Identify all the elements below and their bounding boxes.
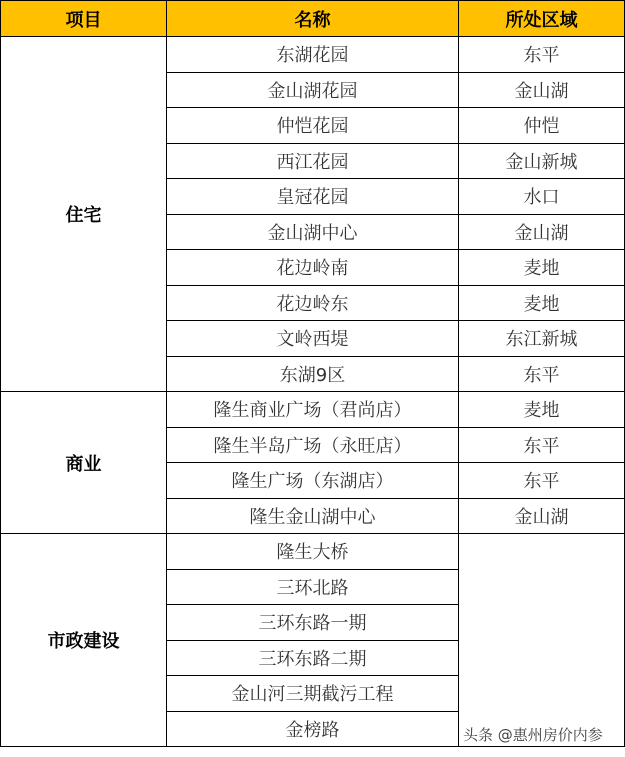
project-name: 隆生金山湖中心 [167,498,459,534]
project-area: 东平 [459,356,625,392]
project-name: 东湖9区 [167,356,459,392]
category-residential: 住宅 [1,37,167,392]
category-municipal: 市政建设 [1,534,167,747]
project-area: 金山湖 [459,498,625,534]
table-row: 商业 隆生商业广场（君尚店） 麦地 [1,392,625,428]
project-name: 金山河三期截污工程 [167,676,459,712]
project-name: 西江花园 [167,143,459,179]
project-area: 麦地 [459,285,625,321]
header-name: 名称 [167,1,459,37]
project-name: 文岭西堤 [167,321,459,357]
header-area: 所处区域 [459,1,625,37]
project-name: 隆生广场（东湖店） [167,463,459,499]
project-area-empty [459,534,625,747]
watermark: 头条 @惠州房价内参 [463,724,603,745]
project-name: 金山湖中心 [167,214,459,250]
category-commercial: 商业 [1,392,167,534]
project-area: 金山湖 [459,72,625,108]
project-name: 金榜路 [167,711,459,747]
header-row: 项目 名称 所处区域 [1,1,625,37]
project-name: 三环东路二期 [167,640,459,676]
table-row: 住宅 东湖花园 东平 [1,37,625,73]
project-name: 三环北路 [167,569,459,605]
project-area: 东平 [459,427,625,463]
project-area: 金山新城 [459,143,625,179]
project-area: 金山湖 [459,214,625,250]
project-name: 东湖花园 [167,37,459,73]
project-area: 水口 [459,179,625,215]
table-row: 市政建设 隆生大桥 [1,534,625,570]
project-name: 花边岭南 [167,250,459,286]
project-name: 皇冠花园 [167,179,459,215]
project-name: 隆生半岛广场（永旺店） [167,427,459,463]
project-area: 麦地 [459,392,625,428]
project-name: 花边岭东 [167,285,459,321]
project-area: 东平 [459,463,625,499]
project-name: 三环东路一期 [167,605,459,641]
project-area: 东平 [459,37,625,73]
project-name: 隆生大桥 [167,534,459,570]
header-project: 项目 [1,1,167,37]
project-name: 隆生商业广场（君尚店） [167,392,459,428]
project-name: 金山湖花园 [167,72,459,108]
projects-table: 项目 名称 所处区域 住宅 东湖花园 东平 金山湖花园金山湖 仲恺花园仲恺 西江… [0,0,625,747]
project-name: 仲恺花园 [167,108,459,144]
project-area: 仲恺 [459,108,625,144]
project-area: 东江新城 [459,321,625,357]
project-area: 麦地 [459,250,625,286]
